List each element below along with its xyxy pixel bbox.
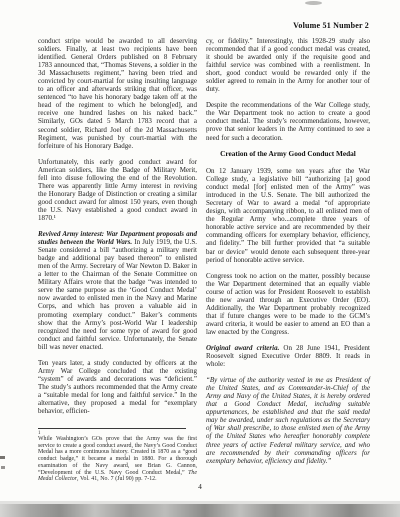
page-number: 4 <box>0 482 400 491</box>
paragraph-senate-bill-1939: On 12 January 1939, some ten years after… <box>206 167 370 264</box>
executive-order-quote: “By virtue of the authority vested in me… <box>206 376 370 465</box>
paragraph-body: In July 1919, the U.S. Senate considered… <box>38 238 197 351</box>
document-page: Volume 51 Number 2 conduct stripe would … <box>0 0 400 517</box>
paragraph-fidelity: cy, or fidelity.” Interestingly, this 19… <box>206 37 370 93</box>
footnote-part-1: While Washington’s GOs prove that the Ar… <box>38 436 197 476</box>
paragraph-war-college-study: Ten years later, a study conducted by of… <box>38 359 197 415</box>
paragraph-lead-in: Original award criteria. <box>206 344 279 352</box>
paragraph-original-criteria: Original award criteria. On 28 June 1941… <box>206 344 370 368</box>
journal-header: Volume 51 Number 2 <box>0 0 400 30</box>
scan-edge-mark <box>0 456 5 459</box>
footnote-text: While Washington’s GOs prove that the Ar… <box>38 436 197 483</box>
section-heading: Creation of the Army Good Conduct Medal <box>206 150 370 159</box>
right-column: cy, or fidelity.” Interestingly, this 19… <box>206 37 370 483</box>
paragraph-revived-interest: Revived Army interest: War Department pr… <box>38 230 197 351</box>
paragraph-congress-no-action: Congress took no action on the matter, p… <box>206 272 370 336</box>
scan-bottom-edge <box>0 501 400 517</box>
footnote-separator <box>38 428 186 429</box>
two-column-text: conduct stripe would be awarded to all d… <box>0 30 400 483</box>
paragraph-despite: Despite the recommendations of the War C… <box>206 101 370 141</box>
paragraph-conduct-stripe: conduct stripe would be awarded to all d… <box>38 37 197 150</box>
left-column: conduct stripe would be awarded to all d… <box>38 37 197 483</box>
scan-edge-mark <box>1 466 5 469</box>
paragraph-disuse: Unfortunately, this early good conduct a… <box>38 158 197 222</box>
scan-smudge-artifact <box>305 1 322 5</box>
